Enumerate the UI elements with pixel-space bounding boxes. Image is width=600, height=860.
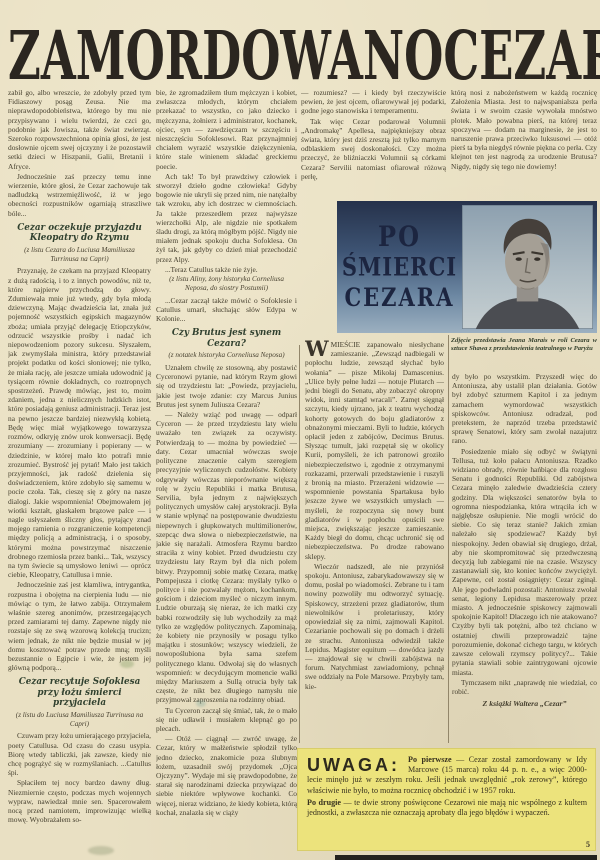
- newspaper-page: ZAMORDOWANO CEZARA zabił go, albo wreszc…: [0, 0, 600, 860]
- article-paragraph: zabił go, albo wreszcie, że zdobyły prze…: [8, 88, 151, 171]
- article-paragraph: Uznałem chwilę ze stosowną, aby postawić…: [156, 363, 297, 409]
- article-paragraph: Przyznaję, że czekam na przyjazd Kleopat…: [8, 266, 151, 579]
- section-heading-sofokles: Cezar recytuje Sofoklesa przy łożu śmier…: [10, 677, 149, 709]
- article-paragraph: Jednocześnie zaś jest kłamliwa, intrygan…: [8, 580, 151, 672]
- article-paragraph: — Otóż — ciągnął — zwróć uwagę, że Cezar…: [156, 734, 297, 817]
- page-headline: ZAMORDOWANO CEZARA: [8, 16, 592, 96]
- feature-title-line3: CEZARA: [344, 282, 454, 313]
- caesar-portrait-image: [462, 205, 593, 329]
- column-3-lower: WMIEŚCIE zapanowało niesłychane zamiesza…: [305, 340, 444, 744]
- article-paragraph: Ach tak! To był prawdziwy człowiek i stw…: [156, 172, 297, 264]
- feature-box-po-smierci-cezara: PO ŚMIERCI CEZARA: [337, 201, 597, 333]
- uwaga-text-2: — te dwie strony poświęcone Cezarowi nie…: [307, 798, 587, 817]
- column-rule: [448, 335, 449, 743]
- article-text: MIEŚCIE zapanowało niesłychane zamieszan…: [305, 340, 444, 561]
- column-2: bie, że zgromadziłem tłum mężczyzn i kob…: [156, 88, 297, 856]
- article-paragraph: Jednocześnie zaś przeczy temu inne wierz…: [8, 172, 151, 218]
- article-paragraph: WMIEŚCIE zapanowało niesłychane zamiesza…: [305, 340, 444, 561]
- article-paragraph: Posiedzenie miało się odbyć w świątyni T…: [452, 447, 597, 677]
- headline-word-2: CEZARA: [443, 16, 600, 96]
- letter-attribution: (z listu do Luciusa Mamiliusza Turrinusa…: [14, 711, 145, 729]
- letter-attribution: (z notatek historyka Corneliusa Neposa): [162, 351, 291, 360]
- article-paragraph: dy było po wszystkim. Przyszedł więc do …: [452, 372, 597, 446]
- uwaga-lead-2: Po drugie: [307, 798, 341, 807]
- article-paragraph: — rozumiesz? — i kiedy był rzeczywiście …: [301, 88, 446, 116]
- headline-word-1: ZAMORDOWANO: [8, 16, 443, 96]
- article-paragraph: ...Cezar zaczął także mówić o Sofoklesie…: [156, 296, 297, 324]
- article-paragraph: którą nosi z nabożeństwem w każdą roczni…: [451, 88, 597, 171]
- letter-attribution: (z listu Aliny, żony historyka Cornelius…: [162, 275, 291, 293]
- article-paragraph: bie, że zgromadziłem tłum mężczyzn i kob…: [156, 88, 297, 171]
- paper-smudge: [196, 700, 206, 707]
- article-paragraph: Spłaciłem tej nocy bardzo dawny dług. Ni…: [8, 778, 151, 824]
- letter-attribution: (z listu Cezara do Luciusa Mamiliusza Tu…: [14, 246, 145, 264]
- paper-smudge: [88, 846, 114, 855]
- article-paragraph: Tak więc Cezar podarował Volumnii „Andro…: [301, 117, 446, 181]
- article-paragraph: ...Teraz Catullus także nie żyje.: [156, 265, 297, 274]
- feature-title-line2: ŚMIERCI: [342, 252, 457, 283]
- uwaga-label: UWAGA:: [307, 755, 400, 775]
- article-paragraph: Tu Cyceron zaczął się śmiać, tak, że o m…: [156, 706, 297, 734]
- drop-cap: W: [305, 340, 331, 357]
- feature-title-line1: PO: [378, 221, 421, 252]
- article-paragraph: — Należy wziąć pod uwagę — odparł Cycero…: [156, 410, 297, 705]
- feature-title: PO ŚMIERCI CEZARA: [337, 189, 462, 345]
- source-credit: Z książki Waltera „Cezar”: [452, 699, 597, 708]
- section-heading-kleopatra: Cezar oczekuje przyjazdu Kleopatry do Rz…: [10, 223, 149, 244]
- column-3-upper: — rozumiesz? — i kiedy był rzeczywiście …: [301, 88, 446, 200]
- section-heading-brutus: Czy Brutus jest synem Cezara?: [158, 328, 295, 349]
- article-paragraph: Wieczór nadszedł, ale nie przyniósł spok…: [305, 562, 444, 691]
- uwaga-lead-1: Po pierwsze: [408, 755, 452, 764]
- paper-smudge: [120, 660, 134, 668]
- column-rule: [299, 345, 300, 743]
- column-4-lower: dy było po wszystkim. Przyszedł więc do …: [452, 340, 597, 744]
- uwaga-paragraph-2: Po drugie — te dwie strony poświęcone Ce…: [307, 798, 587, 818]
- page-number: 5: [586, 840, 590, 849]
- article-paragraph: Tymczasem nikt „naprawdę nie wiedział, c…: [452, 678, 597, 696]
- column-4-upper: którą nosi z nabożeństwem w każdą roczni…: [451, 88, 597, 198]
- bottom-photo-edge: [335, 855, 597, 860]
- column-1: zabił go, albo wreszcie, że zdobyły prze…: [8, 88, 151, 856]
- article-paragraph: Czuwam przy łożu umierającego przyjaciel…: [8, 731, 151, 777]
- uwaga-notice-box: UWAGA: Po pierwsze — Cezar został zamord…: [297, 748, 596, 851]
